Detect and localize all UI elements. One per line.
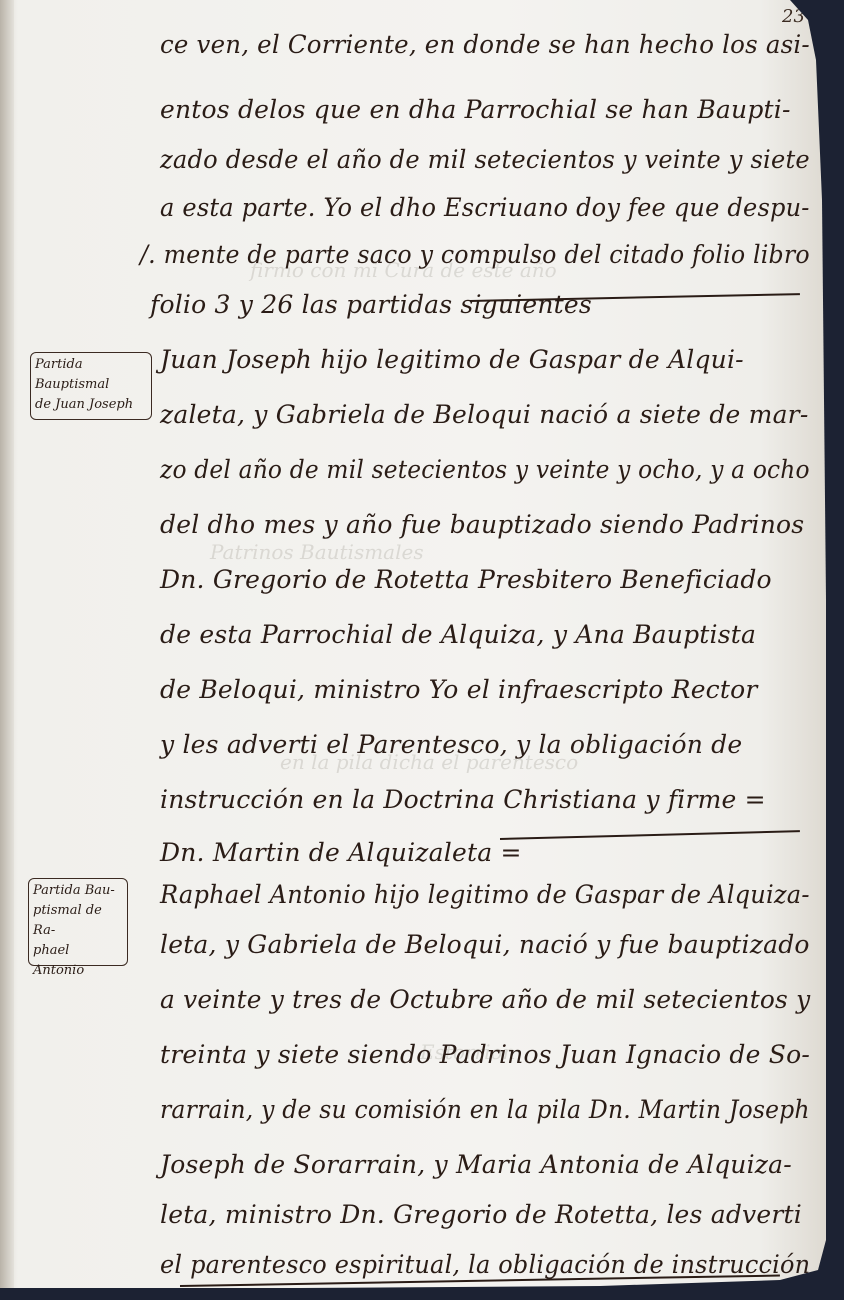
margin-note-line: Bauptismal: [35, 375, 147, 395]
margin-note-raphael-antonio: Partida Bau- ptismal de Ra- phael Antoni…: [28, 878, 128, 966]
body-line: Joseph de Sorarrain, y Maria Antonia de …: [160, 1150, 792, 1179]
body-line: /. mente de parte saco y compulso del ci…: [140, 240, 810, 269]
page-spine-shadow: [0, 0, 14, 1288]
body-line: zado desde el año de mil setecientos y v…: [160, 145, 810, 174]
body-line: leta, y Gabriela de Beloqui, nació y fue…: [160, 930, 810, 959]
margin-note-juan-joseph: Partida Bauptismal de Juan Joseph: [30, 352, 152, 420]
body-line: a veinte y tres de Octubre año de mil se…: [160, 985, 810, 1014]
body-line: instrucción en la Doctrina Christiana y …: [160, 785, 766, 814]
body-line: zaleta, y Gabriela de Beloqui nació a si…: [160, 400, 808, 429]
manuscript-page: firmo con mi Cura de este año Patrinos B…: [0, 0, 826, 1288]
body-line: folio 3 y 26 las partidas siguientes: [150, 290, 592, 319]
body-line: del dho mes y año fue bauptizado siendo …: [160, 510, 804, 539]
body-line: leta, ministro Dn. Gregorio de Rotetta, …: [160, 1200, 802, 1229]
body-line: Juan Joseph hijo legitimo de Gaspar de A…: [160, 345, 744, 374]
body-line: zo del año de mil setecientos y veinte y…: [160, 455, 810, 484]
margin-note-line: de Juan Joseph: [35, 395, 147, 415]
margin-note-line: phael Antonio: [33, 941, 123, 981]
body-line: entos delos que en dha Parrochial se han…: [160, 95, 791, 124]
margin-note-line: Partida Bau-: [33, 881, 123, 901]
body-line: el parentesco espiritual, la obligación …: [160, 1250, 810, 1279]
body-line: de Beloqui, ministro Yo el infraescripto…: [160, 675, 758, 704]
margin-note-line: ptismal de Ra-: [33, 901, 123, 941]
margin-note-line: Partida: [35, 355, 147, 375]
body-line: rarrain, y de su comisión en la pila Dn.…: [160, 1095, 810, 1124]
body-line: ce ven, el Corriente, en donde se han he…: [160, 30, 810, 59]
body-line: Raphael Antonio hijo legitimo de Gaspar …: [160, 880, 810, 909]
signature-line: Dn. Martin de Alquizaleta =: [160, 838, 522, 867]
bleed-through-text: Patrinos Bautismales: [210, 540, 424, 564]
body-line: Dn. Gregorio de Rotetta Presbitero Benef…: [160, 565, 772, 594]
body-line: y les adverti el Parentesco, y la obliga…: [160, 730, 742, 759]
line-filler-rule: [500, 830, 800, 840]
body-line: a esta parte. Yo el dho Escriuano doy fe…: [160, 193, 810, 222]
folio-number: 23: [782, 6, 805, 27]
body-line: treinta y siete siendo Padrinos Juan Ign…: [160, 1040, 810, 1069]
body-line: de esta Parrochial de Alquiza, y Ana Bau…: [160, 620, 756, 649]
